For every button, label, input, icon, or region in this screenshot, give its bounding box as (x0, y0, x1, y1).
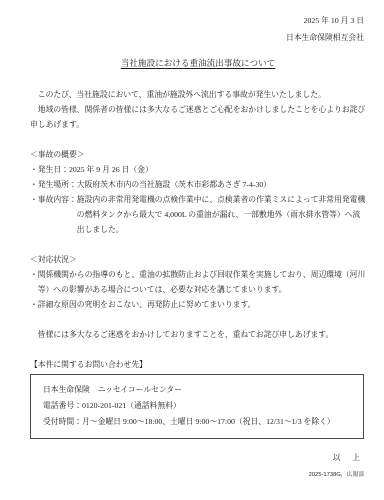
overview-item-location-text: 大阪府茨木市内の当社施設（茨木市彩都あさぎ 7-4-30） (77, 177, 366, 192)
intro-paragraph-2: 地域の皆様、関係者の皆様には多大なるご迷惑とご心配をおかけしましたことを心よりお… (30, 102, 366, 132)
intro-block: このたび、当社施設において、重油が施設外へ流出する事故が発生いたしました。 地域… (30, 87, 366, 132)
response-item-2: ・ 詳細な原因の究明をおこない、再発防止に努めてまいります。 (30, 297, 366, 312)
overview-item-date-label: ・発生日： (30, 162, 69, 177)
contact-heading: 【本件に関するお問い合わせ先】 (30, 357, 366, 372)
overview-item-details-label: ・事故内容： (30, 192, 77, 207)
overview-item-date: ・発生日： 2025 年 9 月 26 日（金） (30, 162, 366, 177)
response-item-1-text: 関係機関からの指導のもと、重油の拡散防止および回収作業を実施しており、周辺環境（… (38, 267, 366, 297)
response-section: ＜対応状況＞ ・ 関係機関からの指導のもと、重油の拡散防止および回収作業を実施し… (30, 252, 366, 312)
contact-hours: 受付時間：月～金曜日 9:00～18:00、土曜日 9:00～17:00（祝日、… (43, 414, 353, 430)
response-item-1-bullet: ・ (30, 267, 38, 282)
intro-paragraph-1: このたび、当社施設において、重油が施設外へ流出する事故が発生いたしました。 (30, 87, 366, 102)
document-number: 2025-1738G，広報部 (30, 468, 366, 483)
contact-box: 日本生命保険 ニッセイコールセンター 電話番号：0120-201-021（通話料… (30, 374, 364, 439)
overview-section: ＜事故の概要＞ ・発生日： 2025 年 9 月 26 日（金） ・発生場所： … (30, 147, 366, 237)
overview-item-location-label: ・発生場所： (30, 177, 77, 192)
contact-phone: 電話番号：0120-201-021（通話料無料） (43, 398, 353, 414)
response-item-2-bullet: ・ (30, 297, 38, 312)
overview-heading: ＜事故の概要＞ (30, 147, 366, 162)
overview-item-date-text: 2025 年 9 月 26 日（金） (69, 162, 366, 177)
response-heading: ＜対応状況＞ (30, 252, 366, 267)
overview-item-location: ・発生場所： 大阪府茨木市内の当社施設（茨木市彩都あさぎ 7-4-30） (30, 177, 366, 192)
contact-center-name: 日本生命保険 ニッセイコールセンター (43, 382, 353, 398)
document-header: 2025 年 10 月 3 日 日本生命保険相互会社 (30, 12, 366, 46)
response-item-2-text: 詳細な原因の究明をおこない、再発防止に努めてまいります。 (38, 297, 366, 312)
overview-item-details: ・事故内容： 施設内の非常用発電機の点検作業中に、点検業者の作業ミスによって非常… (30, 192, 366, 237)
document-date: 2025 年 10 月 3 日 (30, 12, 364, 29)
document-title-text: 当社施設における重油流出事故について (121, 58, 276, 68)
document-page: 2025 年 10 月 3 日 日本生命保険相互会社 当社施設における重油流出事… (0, 0, 384, 500)
overview-item-details-text: 施設内の非常用発電機の点検作業中に、点検業者の作業ミスによって非常用発電機の燃料… (77, 192, 366, 237)
document-title: 当社施設における重油流出事故について (30, 56, 366, 71)
response-item-1: ・ 関係機関からの指導のもと、重油の拡散防止および回収作業を実施しており、周辺環… (30, 267, 366, 297)
company-name: 日本生命保険相互会社 (30, 29, 364, 46)
closing-apology: 皆様には多大なるご迷惑をおかけしておりますことを、重ねてお詫び申しあげます。 (30, 327, 366, 342)
closing-mark: 以 上 (30, 450, 366, 465)
